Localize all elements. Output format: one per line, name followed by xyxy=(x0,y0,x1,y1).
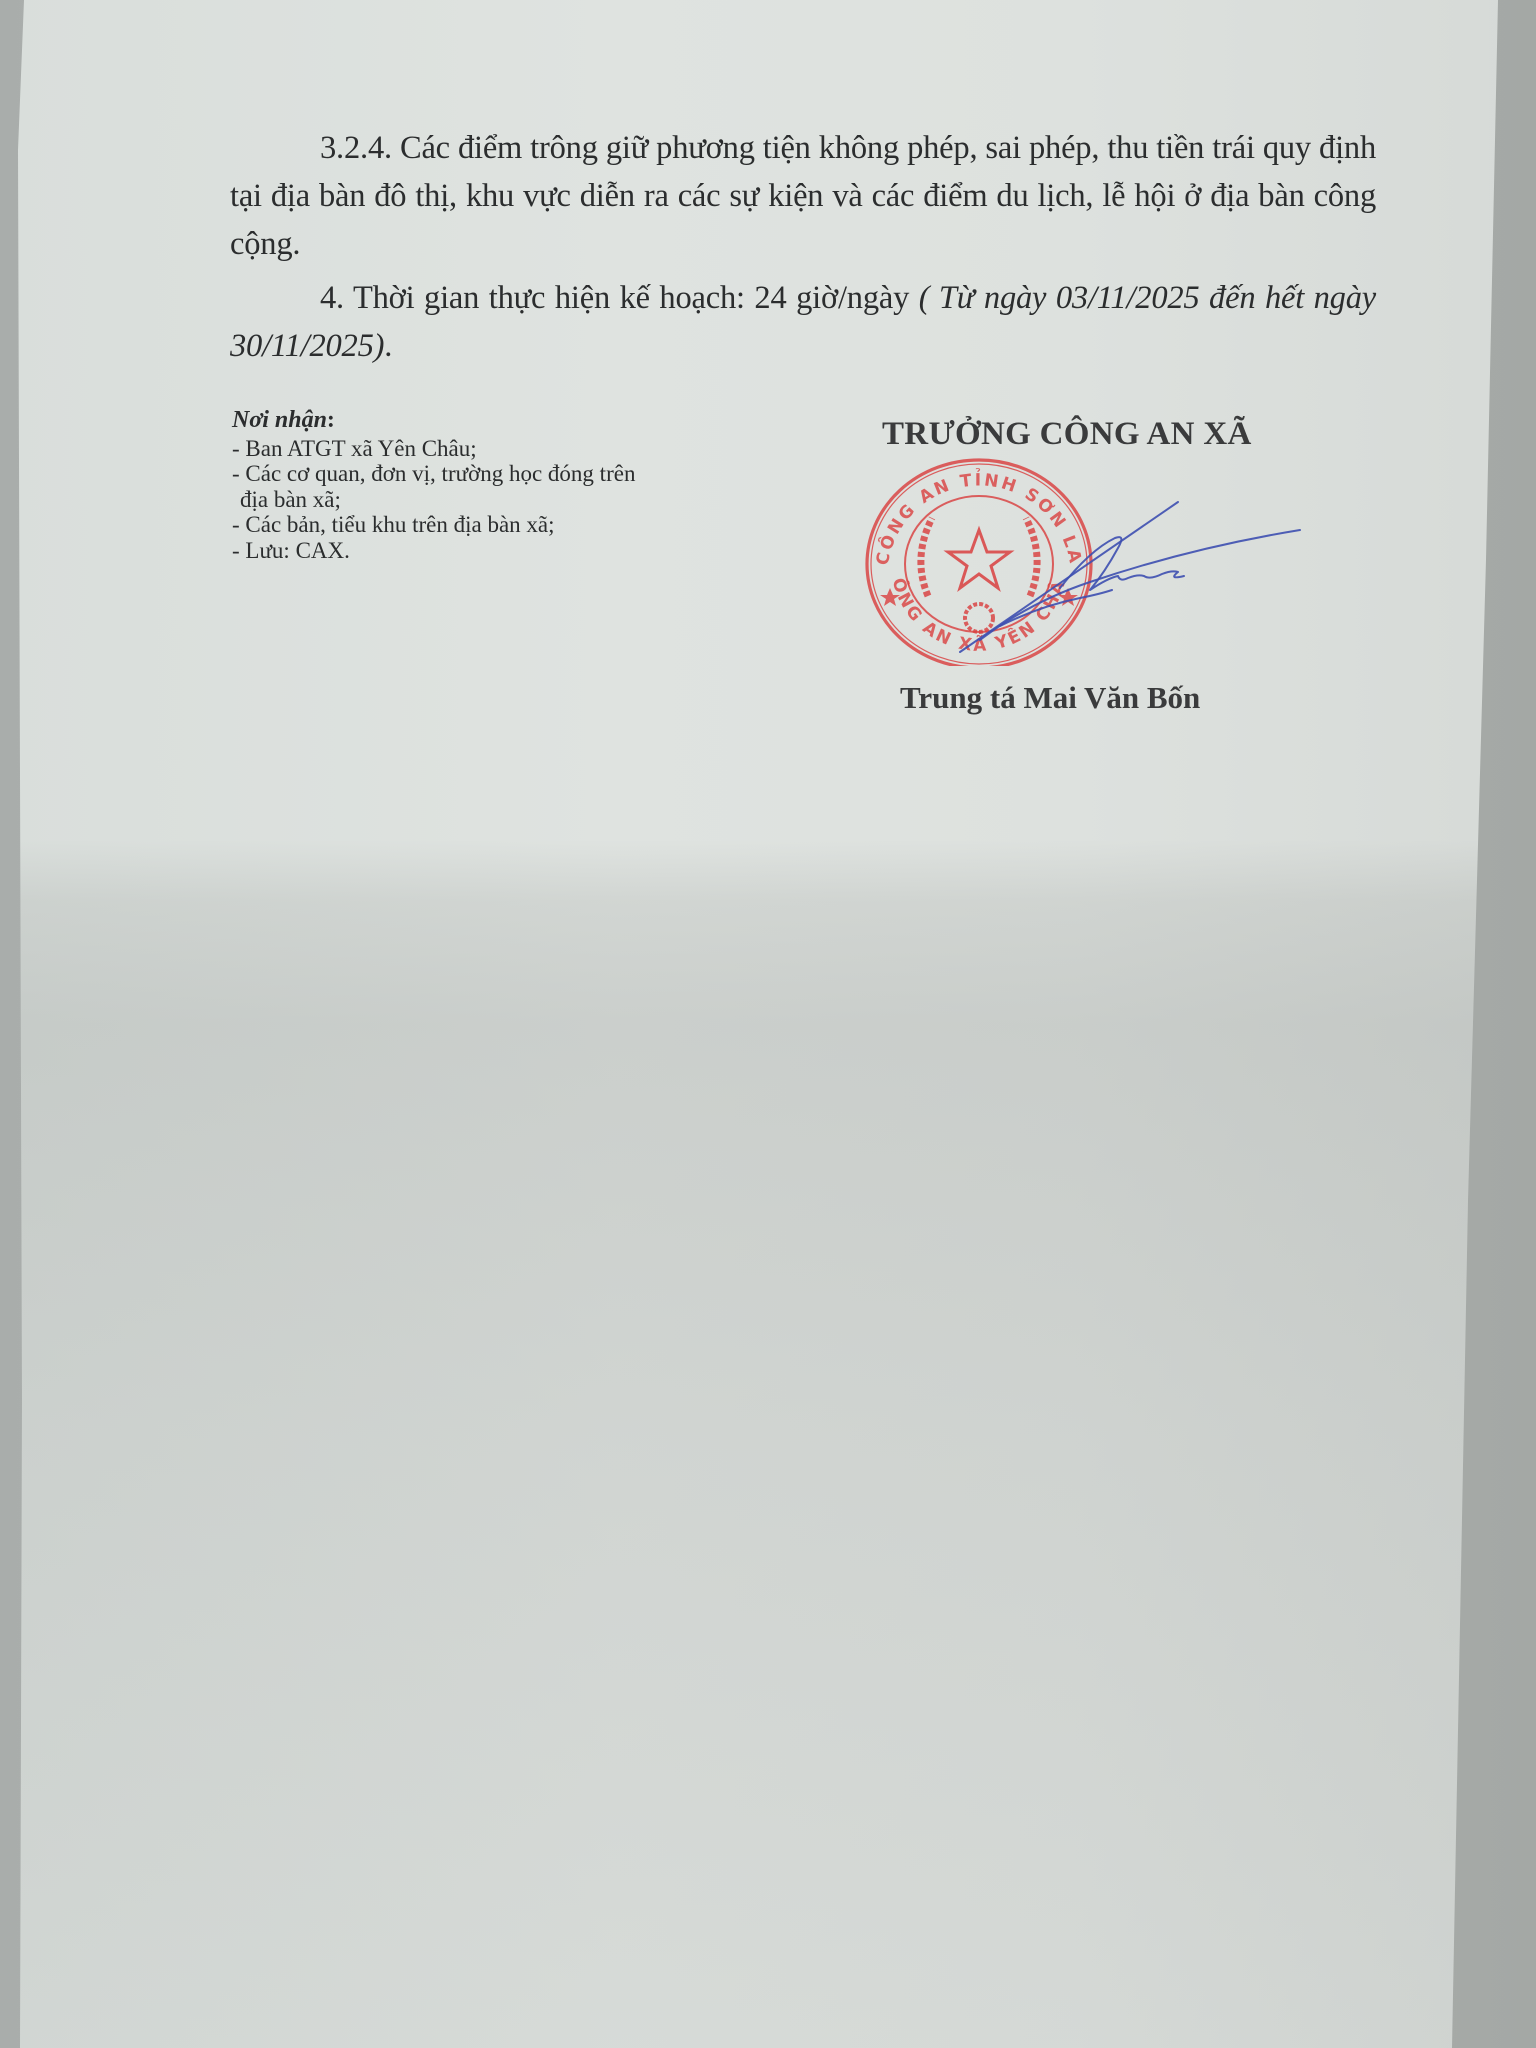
paragraph-4-timeframe: 4. Thời gian thực hiện kế hoạch: 24 giờ/… xyxy=(230,274,1376,370)
recipient-item: - Lưu: CAX. xyxy=(232,538,752,564)
recipients-heading-colon: : xyxy=(327,407,335,433)
recipient-item-continuation: địa bàn xã; xyxy=(232,487,752,513)
recipients-heading-text: Nơi nhận xyxy=(232,407,327,433)
paragraph-4-text: 4. Thời gian thực hiện kế hoạch: 24 giờ/… xyxy=(320,280,919,316)
recipient-item: - Các bản, tiểu khu trên địa bàn xã; xyxy=(232,512,752,538)
paragraph-3-2-4: 3.2.4. Các điểm trông giữ phương tiện kh… xyxy=(230,124,1376,268)
paragraph-3-2-4-text: 3.2.4. Các điểm trông giữ phương tiện kh… xyxy=(230,130,1376,262)
recipients-block: Nơi nhận: - Ban ATGT xã Yên Châu; - Các … xyxy=(232,408,752,563)
paragraph-4-end: . xyxy=(384,328,392,364)
handwritten-signature-icon xyxy=(940,490,1310,660)
recipient-item: - Ban ATGT xã Yên Châu; xyxy=(232,436,752,462)
signer-name: Trung tá Mai Văn Bốn xyxy=(900,680,1200,716)
recipient-item: - Các cơ quan, đơn vị, trường học đóng t… xyxy=(232,461,752,487)
recipients-heading: Nơi nhận: xyxy=(232,408,752,434)
